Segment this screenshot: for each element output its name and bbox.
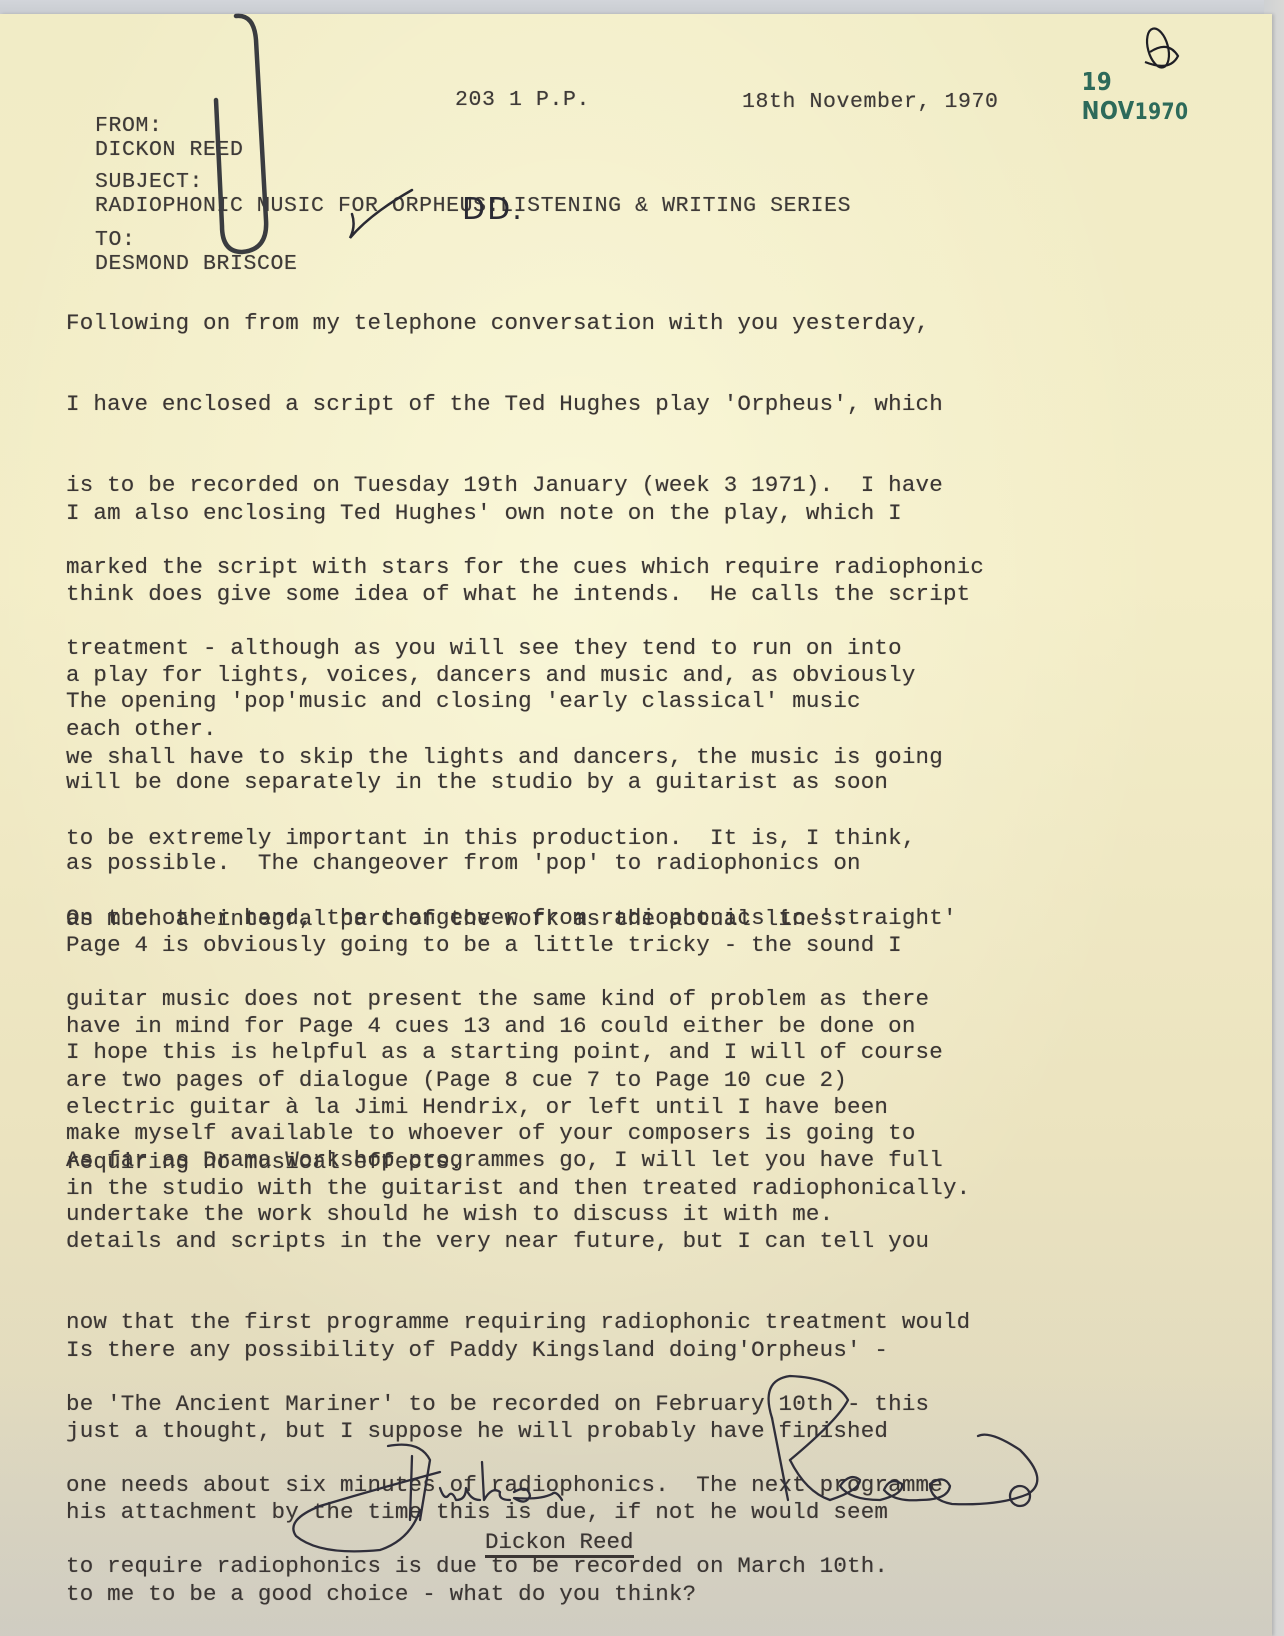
body-line: I have enclosed a script of the Ted Hugh…	[66, 391, 984, 418]
subject-label: SUBJECT:	[95, 170, 203, 194]
body-line: will be done separately in the studio by…	[66, 769, 970, 796]
body-line: Following on from my telephone conversat…	[66, 310, 984, 337]
stamp-year: 1970	[1135, 100, 1189, 125]
body-line: to me to be a good choice - what do you …	[66, 1581, 888, 1608]
body-line: Is there any possibility of Paddy Kingsl…	[66, 1337, 888, 1364]
handwritten-annotation: DD.	[462, 192, 524, 227]
body-line: his attachment by the time this is due, …	[66, 1499, 888, 1526]
body-line: The opening 'pop'music and closing 'earl…	[66, 688, 970, 715]
body-line: On the other hand, the changeover from r…	[66, 905, 957, 932]
body-line: just a thought, but I suppose he will pr…	[66, 1418, 888, 1445]
stamp-month: NOV	[1082, 96, 1135, 125]
body-line: I am also enclosing Ted Hughes' own note…	[66, 500, 970, 527]
body-line: details and scripts in the very near fut…	[66, 1228, 970, 1255]
paragraph-7: Is there any possibility of Paddy Kingsl…	[66, 1283, 888, 1635]
typed-signatory-name: Dickon Reed	[485, 1530, 634, 1558]
body-line: think does give some idea of what he int…	[66, 581, 970, 608]
stamp-day: 19	[1082, 67, 1112, 96]
to-label: TO:	[95, 228, 136, 252]
memo-date: 18th November, 1970	[742, 90, 999, 114]
body-line: I hope this is helpful as a starting poi…	[66, 1039, 943, 1066]
received-date-stamp: 19 NOV1970	[1066, 38, 1188, 125]
body-line: As far as Drama Workshop programmes go, …	[66, 1147, 970, 1174]
room-number: 203 1 P.P.	[455, 88, 590, 112]
from-label: FROM:	[95, 114, 163, 138]
